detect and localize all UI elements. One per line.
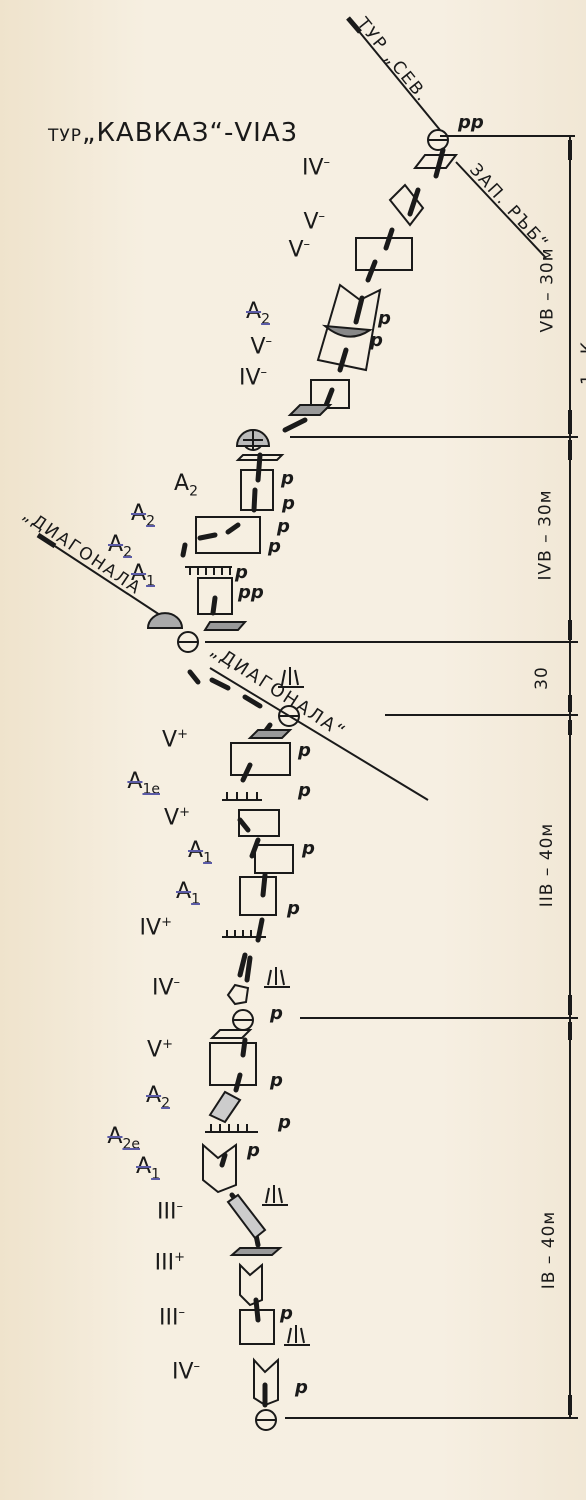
route-label-edge: 1 „К [578,340,586,385]
pitch-grade-label: A1 [152,840,212,865]
pitch-grade-label: V– [265,210,325,233]
piton-mark: p [370,330,383,351]
section-label-2: IIВ – 40м [537,823,557,907]
pitch-grade-label: III– [125,1306,185,1329]
title-grade: -VIА [224,118,281,148]
route-title: ТУР„КАВКАЗ“-VIА3 [48,118,298,148]
piton-mark: p [287,898,300,919]
pitch-grade-label: A1 [100,1156,160,1181]
section-label-3: 30 [532,666,552,690]
piton-mark: pp [458,112,484,133]
pitch-grade-label: A2 [138,473,198,498]
pitch-grade-label: IV– [120,976,180,999]
piton-mark: p [378,308,391,329]
piton-mark: p [268,536,281,557]
pitch-grade-label: III+ [125,1251,185,1274]
pitch-grade-label: V– [212,335,272,358]
piton-mark: p [277,516,290,537]
piton-mark: p [298,780,311,801]
pitch-grade-label: A2 [72,534,132,559]
pitch-grade-label: V– [250,238,310,261]
piton-mark: p [280,1303,293,1324]
pitch-grade-label: A2e [80,1126,140,1151]
piton-mark: p [247,1140,260,1161]
piton-mark: p [281,468,294,489]
piton-mark: pp [238,582,264,603]
piton-mark: p [270,1070,283,1091]
pitch-grade-label: A2 [95,503,155,528]
pitch-grade-label: IV– [207,366,267,389]
section-label-1: IВ – 40м [539,1211,559,1289]
title-prefix: ТУР [48,126,82,146]
piton-mark: p [235,562,248,583]
piton-mark: p [298,740,311,761]
piton-mark: p [295,1377,308,1398]
pitch-grade-label: IV+ [112,916,172,939]
piton-mark: p [270,1003,283,1024]
pitch-grade-label: V+ [130,806,190,829]
pitch-grade-label: A1e [100,771,160,796]
pitch-grade-label: A1 [95,563,155,588]
pitch-grade-label: V+ [128,728,188,751]
pitch-grade-label: A1 [140,881,200,906]
pitch-grade-label: III– [123,1200,183,1223]
pitch-grade-label: V+ [113,1038,173,1061]
section-label-5: VВ – 30м [538,247,558,332]
title-name: „КАВКАЗ“ [82,118,224,148]
piton-mark: p [302,838,315,859]
pitch-grade-label: IV– [140,1360,200,1383]
pitch-grade-label: A2 [210,301,270,326]
piton-mark: p [278,1112,291,1133]
section-label-4: IVВ – 30м [536,489,556,580]
title-grade-correction: 3 [281,118,299,148]
pitch-grade-label: IV– [270,156,330,179]
pitch-grade-label: A2 [110,1085,170,1110]
piton-mark: p [282,493,295,514]
